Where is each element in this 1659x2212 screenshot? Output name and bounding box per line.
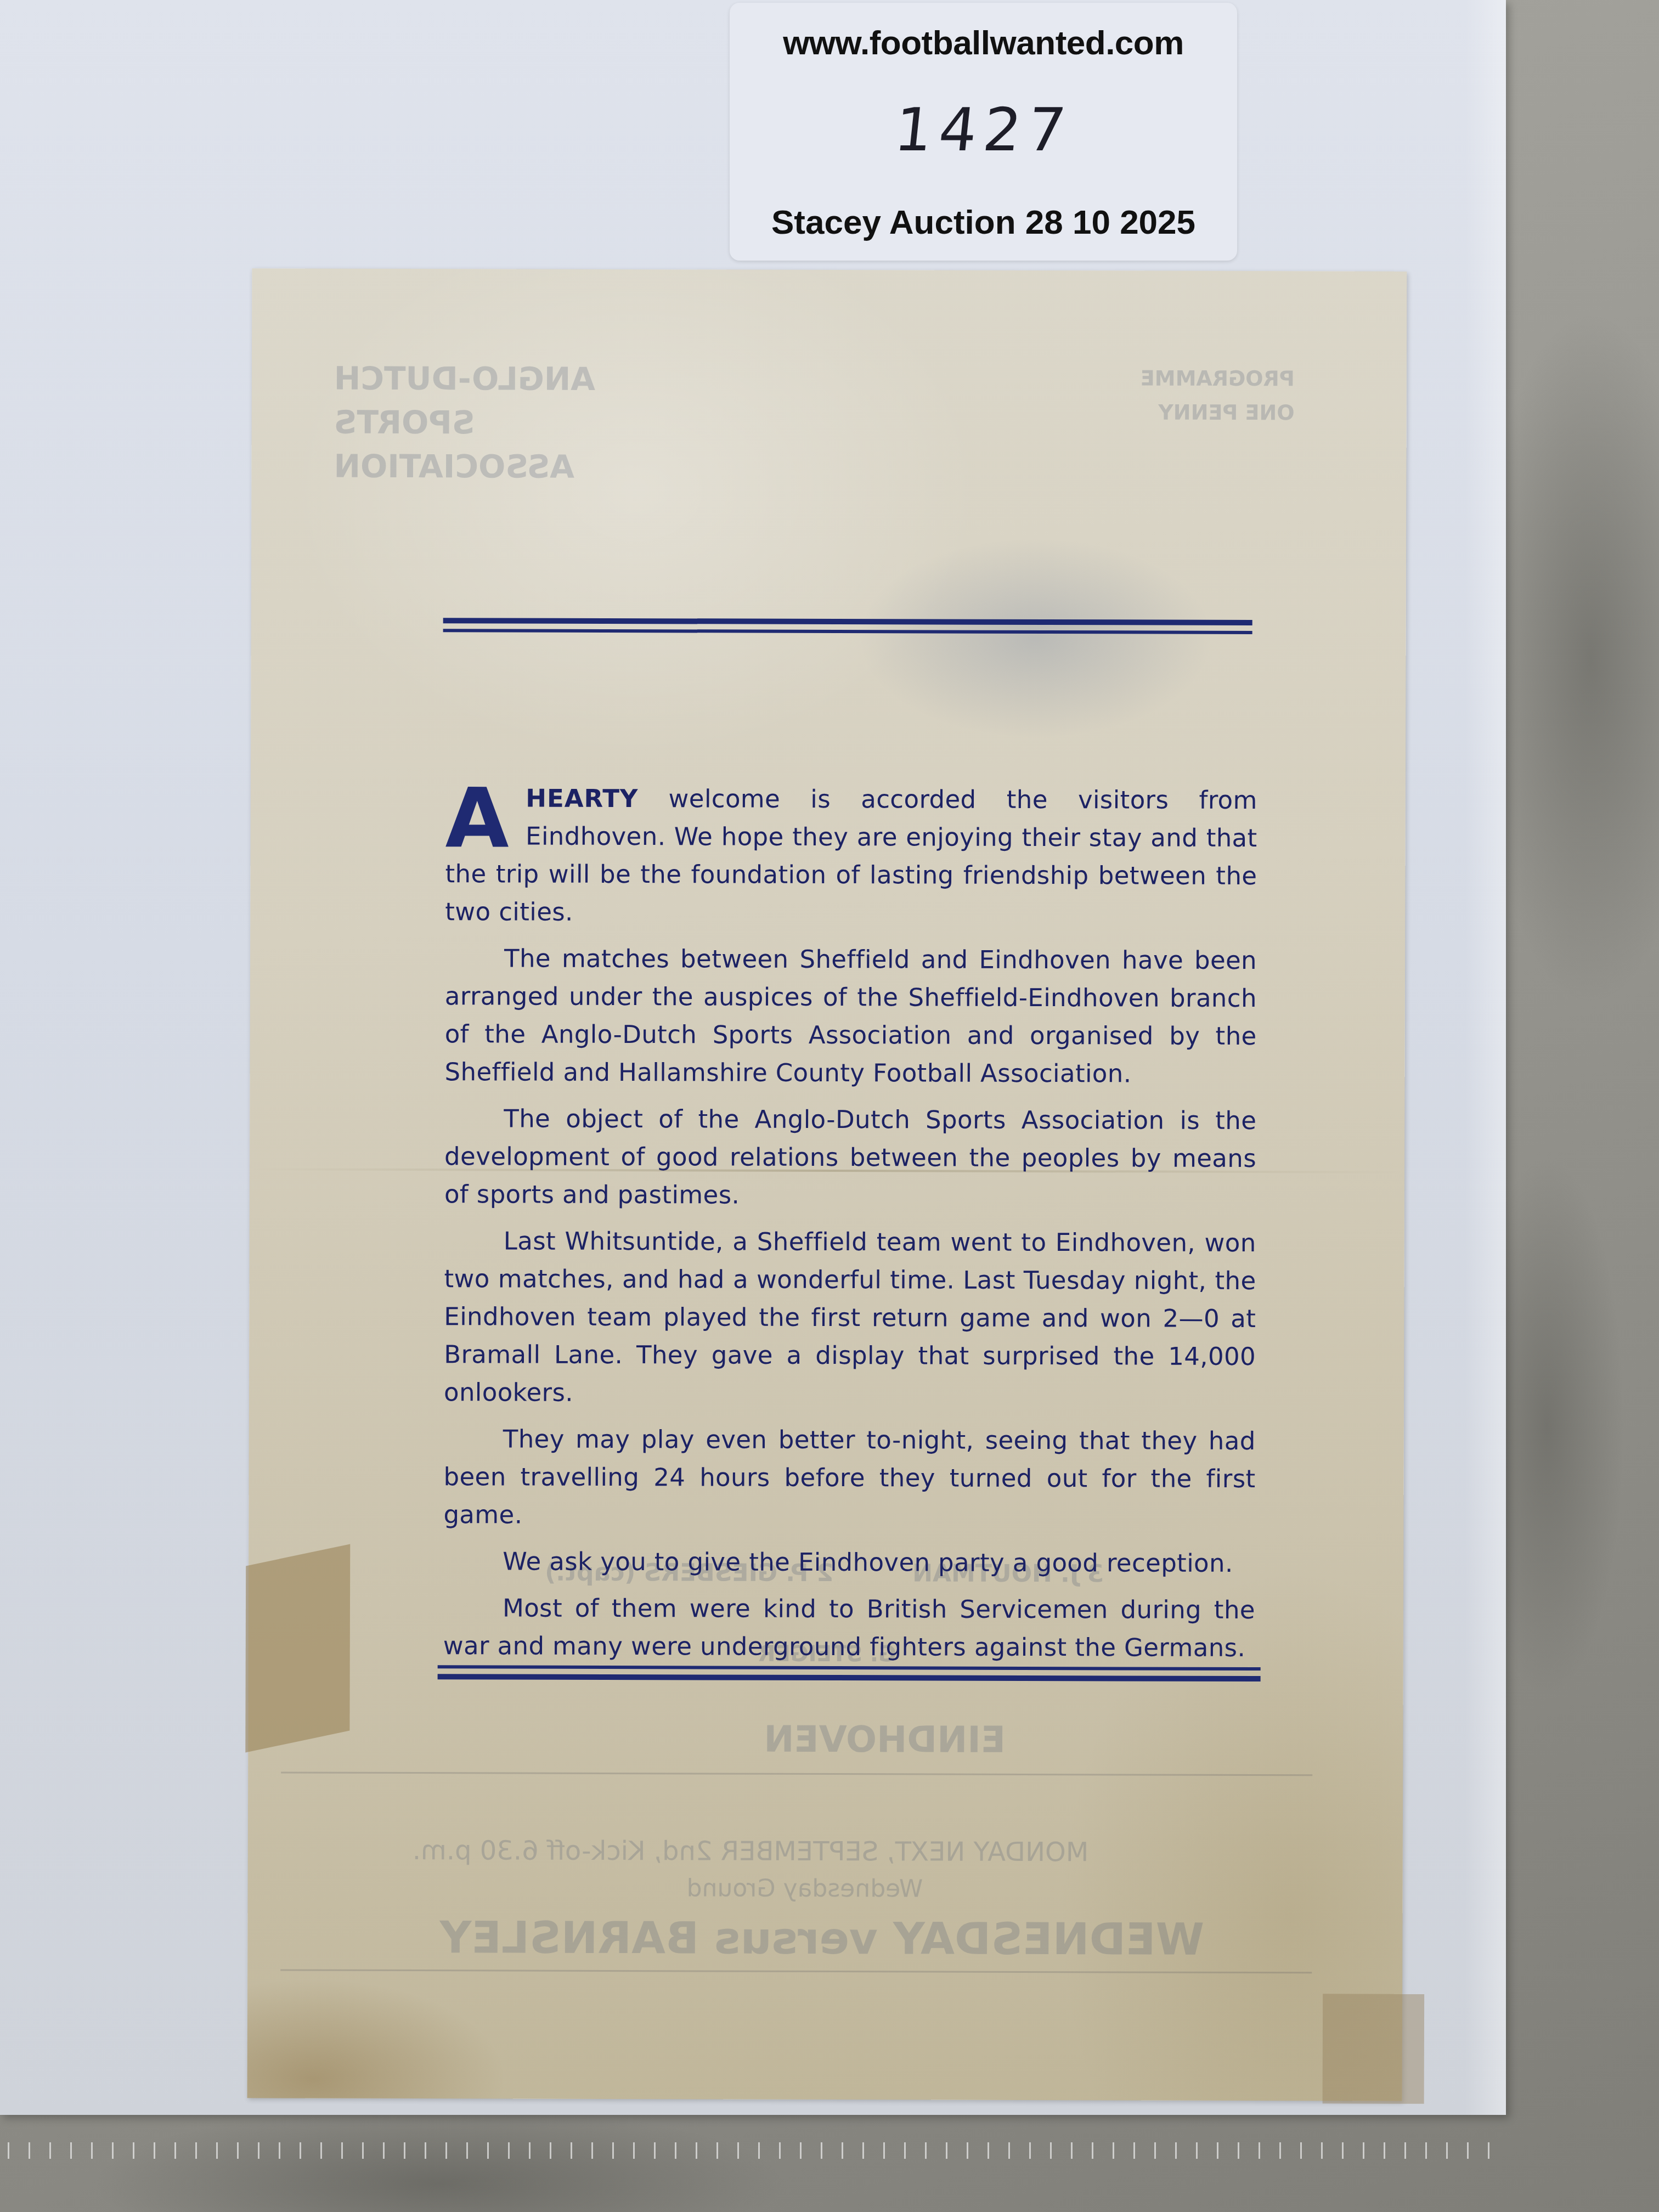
ghost-header-left: ANGLO-DUTCH SPORTS ASSOCIATION: [334, 357, 595, 489]
programme-page: ANGLO-DUTCH SPORTS ASSOCIATION PROGRAMME…: [247, 268, 1407, 2101]
drop-cap: A: [445, 786, 510, 851]
ghost-venue: Wednesday Ground: [687, 1874, 923, 1903]
binder-perforation: [0, 2142, 1506, 2159]
article-paragraph: They may play even better to-night, seei…: [443, 1420, 1256, 1536]
welcome-article: AHEARTY welcome is accorded the visitors…: [443, 779, 1257, 1675]
tape-residue: [1323, 1994, 1425, 2103]
ghost-team-name: EINDHOVEN: [764, 1718, 1006, 1761]
article-paragraph: We ask you to give the Eindhoven party a…: [443, 1542, 1255, 1582]
label-lot-number: 1427: [726, 96, 1240, 165]
article-paragraph: Most of them were kind to British Servic…: [443, 1589, 1255, 1667]
ghost-divider: [280, 1969, 1312, 1973]
ghost-divider: [281, 1771, 1312, 1776]
article-paragraph: The matches between Sheffield and Eindho…: [444, 939, 1257, 1093]
bottom-double-rule: [438, 1665, 1261, 1684]
article-paragraph: The object of the Anglo-Dutch Sports Ass…: [444, 1099, 1257, 1215]
ghost-header-right: PROGRAMME ONE PENNY: [1141, 361, 1295, 430]
tape-residue: [245, 1544, 350, 1753]
ghost-match: WEDNESDAY versus BARNSLEY: [439, 1912, 1204, 1965]
label-auction-date: Stacey Auction 28 10 2025: [730, 203, 1237, 242]
top-double-rule: [443, 618, 1252, 636]
ghost-next-fixture: MONDAY NEXT, SEPTEMBER 2nd, Kick-off 6.3…: [413, 1835, 1089, 1867]
article-paragraph: Last Whitsuntide, a Sheffield team went …: [444, 1222, 1256, 1413]
article-paragraph: AHEARTY welcome is accorded the visitors…: [445, 779, 1257, 933]
sleeve-edge: [1465, 0, 1506, 2115]
label-website: www.footballwanted.com: [730, 24, 1237, 63]
auction-label: www.footballwanted.com 1427 Stacey Aucti…: [730, 3, 1237, 261]
ghost-stadium-illustration: [728, 429, 1278, 793]
first-word: HEARTY: [526, 784, 638, 814]
